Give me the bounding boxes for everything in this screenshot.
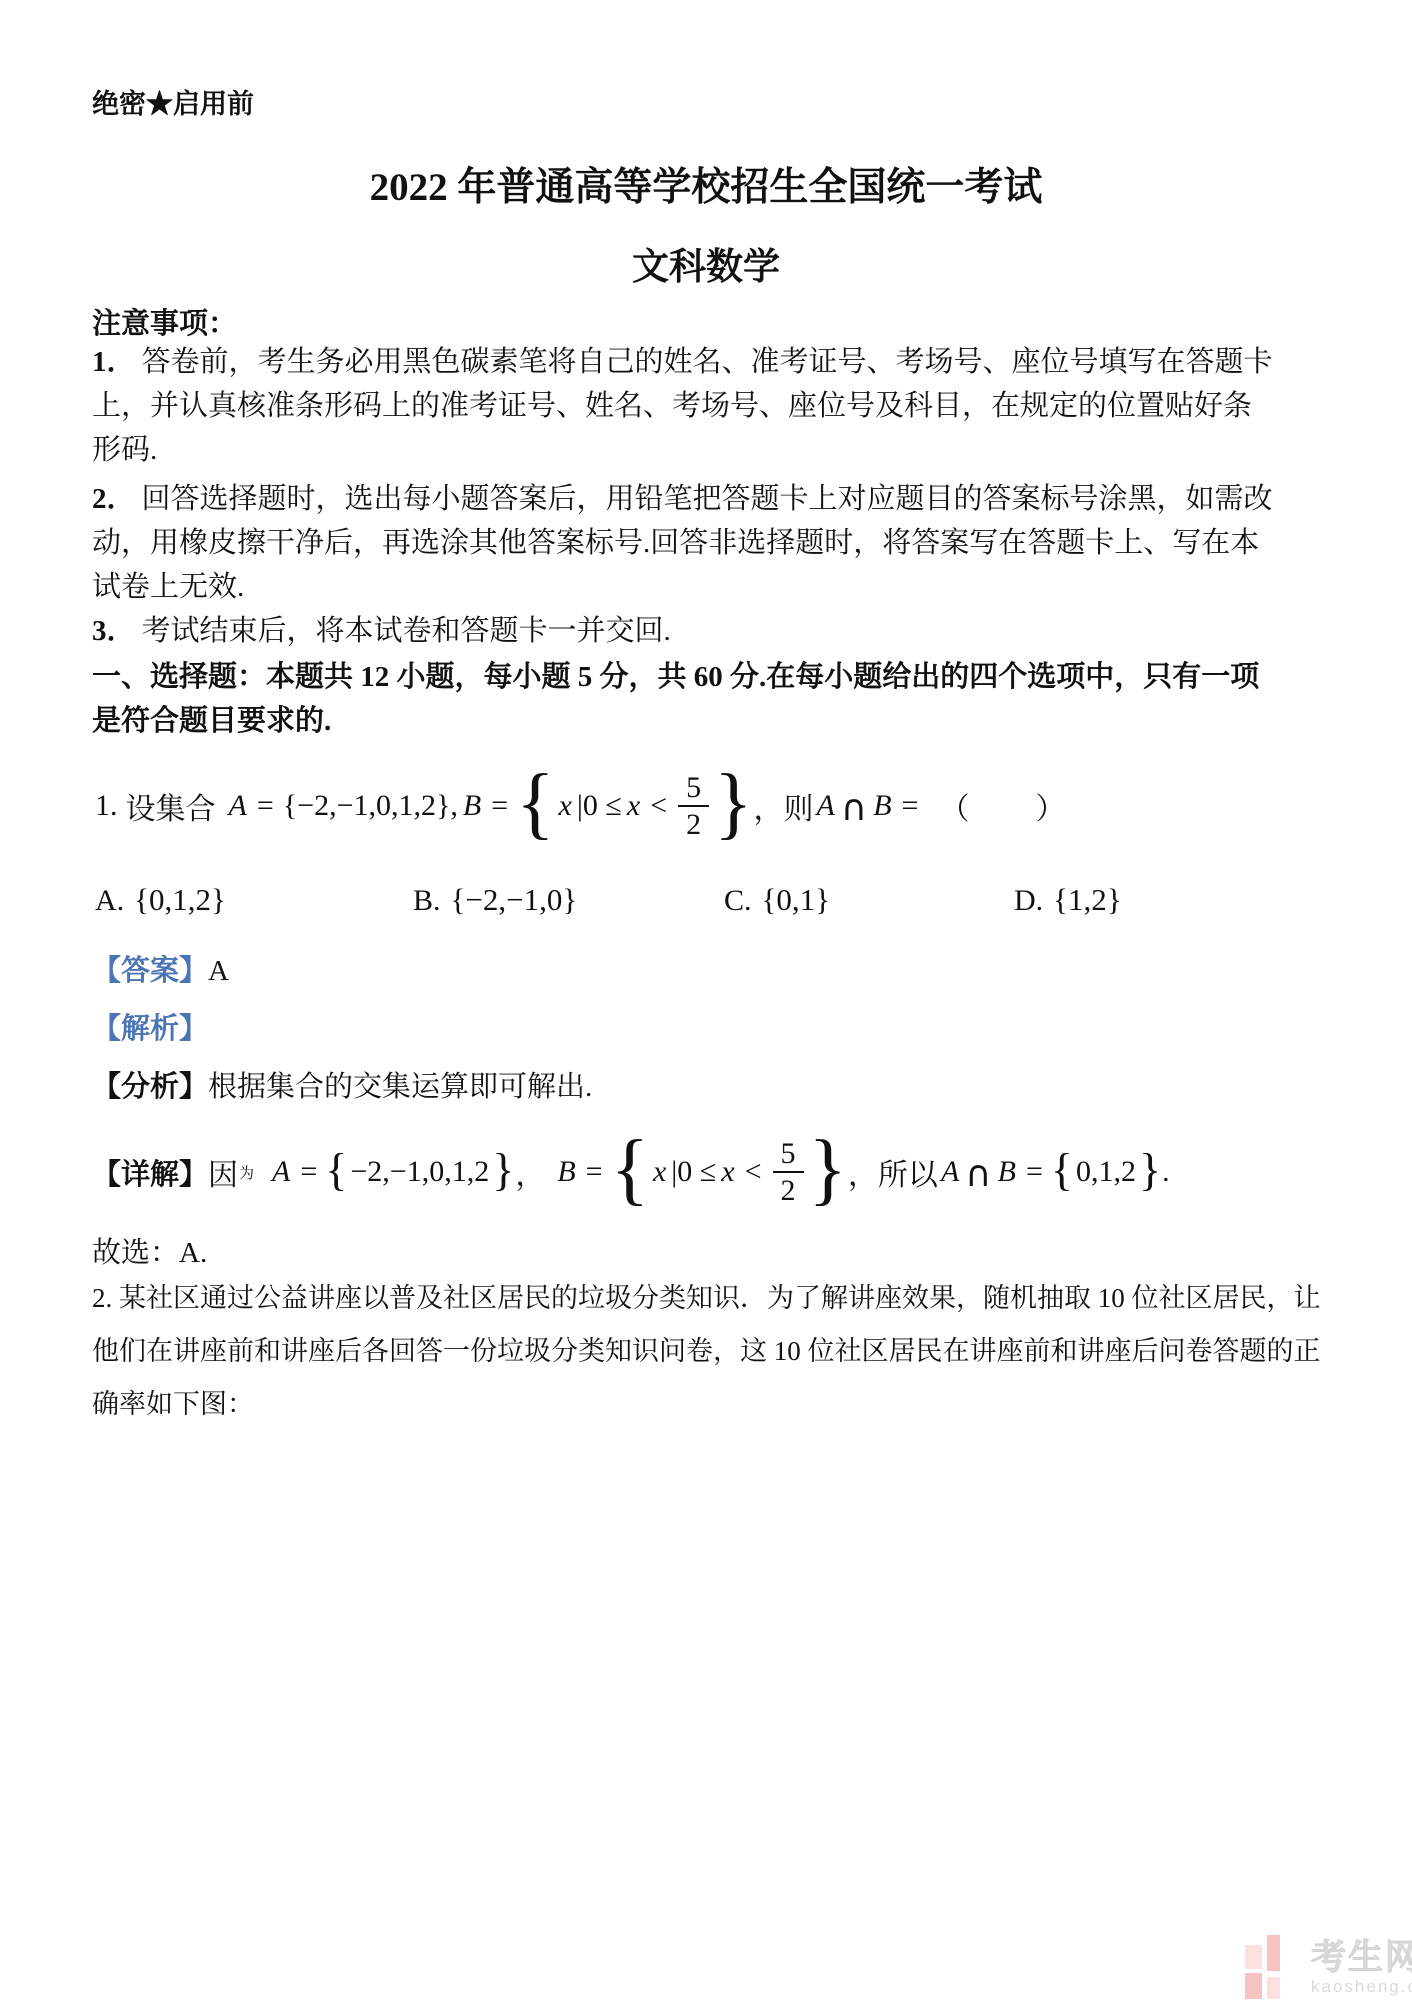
math-right-brace: }	[809, 1129, 847, 1209]
classified-header: 绝密★启用前	[92, 82, 254, 121]
math-var-A: A	[941, 1155, 959, 1189]
answer-blank-parentheses: （ ）	[939, 784, 1067, 828]
question-then-text: ，则	[754, 784, 814, 828]
option-value: {−2,−1,0}	[451, 882, 578, 917]
math-var-x: x	[559, 789, 572, 823]
math-var-x: x	[721, 1155, 734, 1189]
math-var-A: A	[229, 789, 247, 823]
notice-text: 考试结束后，将本试卷和答题卡一并交回.	[142, 615, 671, 647]
analysis-row: 【分析】根据集合的交集运算即可解出.	[92, 1064, 592, 1105]
math-equals: =	[1026, 1155, 1043, 1189]
exam-title: 2022 年普通高等学校招生全国统一考试	[0, 156, 1412, 212]
math-var-x: x	[627, 789, 640, 823]
math-var-B: B	[557, 1155, 575, 1189]
math-condition: |0 ≤	[671, 1155, 716, 1189]
watermark-site-url: kaosheng.com	[1311, 1978, 1412, 1995]
math-left-brace: {	[516, 763, 554, 843]
analysis-section-label: 【解析】	[92, 1006, 208, 1047]
notice-text: 回答选择题时，选出每小题答案后，用铅笔把答题卡上对应题目的答案标号涂黑，如需改	[142, 483, 1273, 515]
answer-row: 【答案】A	[92, 948, 229, 989]
math-var-A: A	[272, 1155, 290, 1189]
question-lead-text: 设集合	[126, 784, 216, 828]
math-var-x: x	[653, 1155, 666, 1189]
notice-line: 动，用橡皮擦干净后，再选涂其他答案标号.回答非选择题时，将答案写在答题卡上、写在…	[92, 521, 1352, 565]
notice-item-3: 3．考试结束后，将本试卷和答题卡一并交回.	[92, 609, 1352, 653]
math-less-than: <	[745, 1155, 762, 1189]
notice-line: 形码.	[92, 428, 1352, 472]
notice-item-number: 2．	[92, 483, 136, 515]
option-label: D.	[1014, 884, 1043, 917]
question-2-line: 他们在讲座前和讲座后各回答一份垃圾分类知识问卷，这 10 位社区居民在讲座前和讲…	[92, 1325, 1372, 1378]
fraction-numerator: 5	[773, 1138, 804, 1174]
math-set-A: {−2,−1,0,1,2},	[283, 789, 458, 823]
math-var-B: B	[998, 1155, 1016, 1189]
question-2-line: 确率如下图：	[92, 1378, 1372, 1431]
option-value: {0,1,2}	[134, 882, 226, 917]
section-heading-line: 一、选择题：本题共 12 小题，每小题 5 分，共 60 分.在每小题给出的四个…	[92, 655, 1352, 699]
math-left-brace: {	[325, 1147, 347, 1193]
question-1-stem: 1. 设集合 A = {−2,−1,0,1,2}, B = { x |0 ≤ x…	[95, 758, 1067, 854]
therefore-text: ，所以	[848, 1150, 938, 1194]
math-equals: =	[902, 789, 919, 823]
math-var-B: B	[463, 789, 481, 823]
math-right-brace: }	[1139, 1147, 1161, 1193]
option-label: B.	[413, 884, 441, 917]
math-left-brace: {	[611, 1129, 649, 1209]
math-var-A: A	[817, 789, 835, 823]
detailed-solution-row: 【详解】 因为 A = { −2,−1,0,1,2 } ， B = { x |0…	[92, 1124, 1170, 1220]
math-equals: =	[586, 1155, 603, 1189]
option-value: {0,1}	[762, 882, 831, 917]
notice-line: 1．答卷前，考生务必用黑色碳素笔将自己的姓名、准考证号、考场号、座位号填写在答题…	[92, 340, 1352, 384]
math-right-brace: }	[492, 1147, 514, 1193]
final-choice-text: 故选：A.	[92, 1230, 207, 1271]
comma: ，	[515, 1150, 545, 1194]
jiexi-label: 【解析】	[92, 1013, 208, 1045]
because-superscript: 为	[239, 1162, 254, 1183]
notice-item-2: 2．回答选择题时，选出每小题答案后，用铅笔把答题卡上对应题目的答案标号涂黑，如需…	[92, 477, 1352, 609]
watermark-text-block: 考生网 kaosheng.com	[1311, 1940, 1412, 1995]
notice-heading: 注意事项：	[92, 301, 237, 342]
site-watermark: 考生网 kaosheng.com	[1243, 1931, 1412, 2003]
option-d: D.{1,2}	[1014, 882, 1365, 918]
answer-label: 【答案】	[92, 955, 208, 987]
option-value: {1,2}	[1053, 882, 1122, 917]
math-left-brace: {	[1051, 1147, 1073, 1193]
intersection-symbol: ∩	[965, 1154, 991, 1195]
notice-item-1: 1．答卷前，考生务必用黑色碳素笔将自己的姓名、准考证号、考场号、座位号填写在答题…	[92, 340, 1352, 472]
watermark-site-name: 考生网	[1311, 1940, 1412, 1975]
math-fraction: 52	[678, 772, 709, 841]
notice-line: 2．回答选择题时，选出每小题答案后，用铅笔把答题卡上对应题目的答案标号涂黑，如需…	[92, 477, 1352, 521]
notice-line: 试卷上无效.	[92, 565, 1352, 609]
math-condition: |0 ≤	[577, 789, 622, 823]
option-c: C.{0,1}	[724, 882, 1014, 918]
math-equals: =	[257, 789, 274, 823]
option-label: C.	[724, 884, 752, 917]
section-heading-line: 是符合题目要求的.	[92, 699, 1352, 743]
math-set-A-elements: −2,−1,0,1,2	[350, 1155, 489, 1189]
question-2-stem: 2. 某社区通过公益讲座以普及社区居民的垃圾分类知识．为了解讲座效果，随机抽取 …	[92, 1272, 1372, 1431]
math-equals: =	[300, 1155, 317, 1189]
question-1-options: A.{0,1,2} B.{−2,−1,0} C.{0,1} D.{1,2}	[95, 882, 1365, 918]
exam-subject-subtitle: 文科数学	[0, 236, 1412, 290]
question-number: 1.	[95, 789, 118, 823]
kaosheng-logo-icon	[1243, 1933, 1305, 2001]
math-result-elements: 0,1,2	[1076, 1155, 1136, 1189]
period: .	[1162, 1155, 1170, 1189]
notice-item-number: 3．	[92, 615, 136, 647]
option-a: A.{0,1,2}	[95, 882, 413, 918]
section-1-heading: 一、选择题：本题共 12 小题，每小题 5 分，共 60 分.在每小题给出的四个…	[92, 655, 1352, 743]
because-text: 因	[208, 1150, 238, 1194]
notice-item-number: 1．	[92, 346, 136, 378]
fraction-denominator: 2	[773, 1173, 804, 1207]
fenxi-label: 【分析】	[92, 1071, 208, 1103]
fenxi-text: 根据集合的交集运算即可解出.	[208, 1071, 592, 1103]
math-right-brace: }	[714, 763, 752, 843]
notice-line: 3．考试结束后，将本试卷和答题卡一并交回.	[92, 609, 1352, 653]
option-label: A.	[95, 884, 124, 917]
intersection-symbol: ∩	[841, 788, 867, 829]
exam-paper-page: 绝密★启用前 2022 年普通高等学校招生全国统一考试 文科数学 注意事项： 1…	[0, 0, 1412, 2006]
answer-value: A	[208, 955, 229, 987]
xiangjie-label: 【详解】	[92, 1152, 208, 1193]
math-equals: =	[491, 789, 508, 823]
question-2-line: 2. 某社区通过公益讲座以普及社区居民的垃圾分类知识．为了解讲座效果，随机抽取 …	[92, 1272, 1372, 1325]
notice-text: 答卷前，考生务必用黑色碳素笔将自己的姓名、准考证号、考场号、座位号填写在答题卡	[142, 346, 1273, 378]
fraction-numerator: 5	[678, 772, 709, 808]
math-var-B: B	[873, 789, 891, 823]
math-less-than: <	[650, 789, 667, 823]
option-b: B.{−2,−1,0}	[413, 882, 724, 918]
math-fraction: 52	[773, 1138, 804, 1207]
notice-line: 上，并认真核准条形码上的准考证号、姓名、考场号、座位号及科目，在规定的位置贴好条	[92, 384, 1352, 428]
fraction-denominator: 2	[678, 807, 709, 841]
